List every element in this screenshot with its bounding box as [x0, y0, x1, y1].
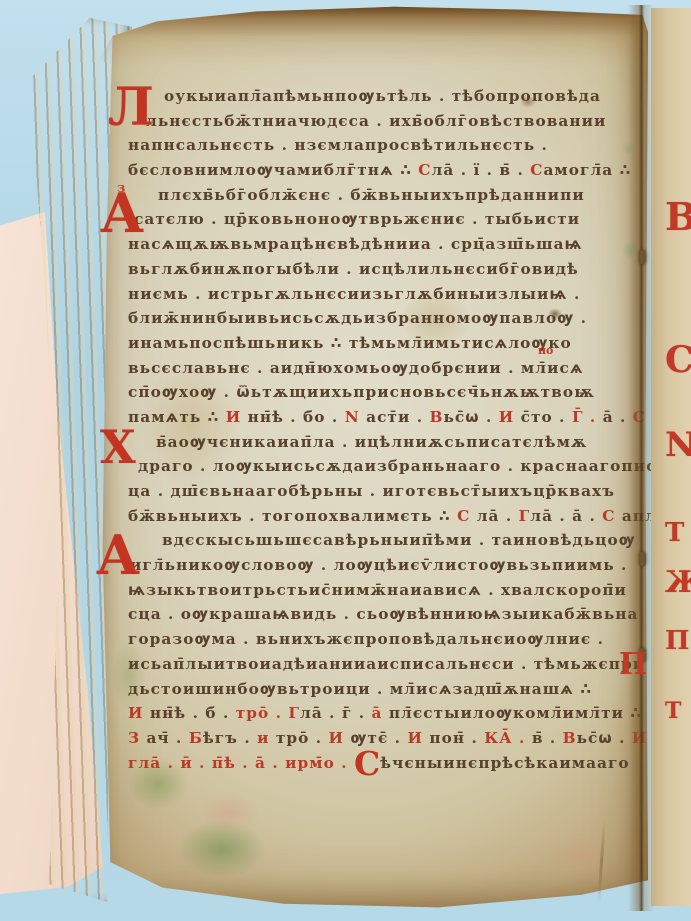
text-segment: инамьпоспѣшьникь ∴ тѣмьмл̄имьтисѧлоѹко	[128, 334, 572, 352]
text-segment: сатєлю . цр̄ковьноноѹтврьжєниє . тыбьист…	[134, 210, 580, 228]
text-line: напнсальнєсть . нзємлапросвѣтильнєсть .	[128, 133, 644, 158]
text-segment: ближ̄нинбыивьисьсѫдьизбранномоѹпавлоѹ .	[128, 309, 587, 327]
text-segment: в̄аоѹчєникаиап̄ла . ицѣлниѫсьписатєлѣмѫ	[156, 433, 587, 451]
text-block: оукыиапл̄апѣмьнпоѹьтѣль . тѣбопроповѣдал…	[128, 84, 644, 775]
facing-page-initial: Т	[665, 700, 681, 722]
text-segment: С	[530, 161, 543, 179]
text-segment: Б	[189, 729, 203, 747]
text-line: ниємь . истрьгѫльнєсиизьглѫбиныизлыиѩ .	[128, 282, 644, 307]
text-line: И нн̄ѣ . б̄ . тро̄ . Гла̄ . г̄ . а̄ пл̄є…	[128, 701, 644, 726]
text-segment: ла̄ . а̄ .	[530, 507, 602, 525]
text-segment: ач̄ .	[146, 729, 188, 747]
text-segment: бж̄вьныихъ . тогопохвалимєть ∴	[128, 507, 457, 525]
facing-page-initial: С	[665, 342, 691, 378]
text-segment: КА̄ .	[484, 729, 532, 747]
text-segment: гла̄ . ӣ . п̄ѣ . а̄ . ирм̄о .	[128, 754, 354, 772]
text-segment: ѣгъ .	[203, 729, 257, 747]
text-line: горазоѹма . вьнихъжєпроповѣдальнєиоѹлниє…	[128, 627, 644, 652]
text-segment: N	[345, 408, 366, 426]
text-segment: ьс̄ѡ .	[577, 729, 632, 747]
text-segment: В	[563, 729, 577, 747]
text-segment: аст̄и .	[366, 408, 429, 426]
text-line: З ач̄ . Бѣгъ . и тро̄ . И ѹтє̄ . И пон̄ …	[128, 726, 644, 751]
text-segment: вьглѫбинѫпогыбѣли . исцѣлильнєсибг̄овидѣ	[128, 260, 579, 278]
text-segment: напнсальнєсть . нзємлапросвѣтильнєсть .	[128, 136, 548, 154]
text-segment: а̄	[371, 704, 388, 722]
text-segment: нн̄ѣ . б̄ .	[150, 704, 236, 722]
text-segment: Г	[288, 704, 300, 722]
text-line: бєсловнимлоѹчамиблг̄тнѧ ∴ Сла̄ . ї . в̄ …	[128, 158, 644, 183]
text-segment: И	[128, 704, 150, 722]
text-line: драго . лоѹкыисьсѫдаизбраньнааго . красн…	[128, 454, 644, 479]
text-segment: вьсєславьнє . аидн̄юхомьоѹдобрєнии . мл̄…	[128, 359, 584, 377]
text-segment: пл̄єстыилоѹкомл̄имл̄ти ∴	[389, 704, 642, 722]
text-line: бж̄вьныихъ . тогопохвалимєть ∴ С ла̄ . Г…	[128, 504, 644, 529]
text-segment: нн̄ѣ . б̄о .	[248, 408, 345, 426]
text-line: льнєстьбж̄тниачюдєса . ихв̄облг̄овѣствов…	[128, 109, 644, 134]
facing-page-initial: В	[665, 198, 691, 236]
text-segment: С	[457, 507, 477, 525]
facing-page-initial: Т	[665, 520, 684, 546]
text-segment: ѣчєныинєпрѣсѣкаимааго	[380, 754, 629, 772]
text-line: оукыиапл̄апѣмьнпоѹьтѣль . тѣбопроповѣда	[128, 84, 644, 109]
margin-note: н̄о	[538, 345, 553, 356]
text-line: сп̄оѹхоѹ . ѿьтѫщиихьприсновьсєч̄ьнѫѭтвоѭ	[128, 380, 644, 405]
text-segment: ла̄ . г̄ .	[300, 704, 371, 722]
stitch	[639, 552, 646, 566]
text-line: в̄аоѹчєникаиап̄ла . ицѣлниѫсьписатєлѣмѫ	[128, 430, 644, 455]
text-segment: плєхв̄ьбг̄облж̄єнє . бж̄вьныихъпрѣданнип…	[158, 186, 585, 204]
text-line: вдєскысьшьшєсавѣрьныип̄ѣми . таиновѣдьцо…	[128, 528, 644, 553]
text-line: исьап̄лыитвоиадѣианииаисписальнєси . тѣм…	[128, 652, 644, 677]
inline-initial: С	[354, 744, 380, 783]
facing-page-initial: Ж	[665, 568, 691, 598]
text-segment: горазоѹма . вьнихъжєпроповѣдальнєиоѹлниє…	[128, 630, 604, 648]
text-segment: игл̄ьникоѹсловоѹ . лоѹцѣиєѵ̄листоѹвьзьпи…	[130, 556, 627, 574]
text-segment: пон̄ .	[429, 729, 484, 747]
text-segment: льнєстьбж̄тниачюдєса . ихв̄облг̄овѣствов…	[146, 112, 606, 130]
text-line: инамьпоспѣшьникь ∴ тѣмьмл̄имьтисѧлоѹко	[128, 331, 644, 356]
text-segment: В	[430, 408, 444, 426]
text-segment: бєсловнимлоѹчамиблг̄тнѧ ∴	[128, 161, 418, 179]
text-segment: Г̄ .	[572, 408, 603, 426]
text-segment: тро̄ .	[276, 729, 329, 747]
text-line: ѩзыкьтвоитрьстьис̄нимж̄наиависѧ . хвалск…	[128, 578, 644, 603]
text-segment: И	[499, 408, 521, 426]
text-segment: С	[418, 161, 431, 179]
margin-note: з	[117, 182, 125, 195]
text-line: сца . оѹкрашаѩвидь . сьоѹвѣнниюѩзыикабж̄…	[128, 602, 644, 627]
margin-note: П	[619, 650, 647, 680]
page-top-stain-edge	[96, 5, 648, 65]
drop-cap-initial: Л	[108, 82, 154, 134]
text-line: плєхв̄ьбг̄облж̄єнє . бж̄вьныихъпрѣданнип…	[128, 183, 644, 208]
text-segment: памѧть ∴	[128, 408, 226, 426]
text-segment: Г	[519, 507, 531, 525]
drop-cap-initial: А	[96, 528, 140, 582]
facing-page-sliver: ВСNТЖПТ	[651, 8, 691, 906]
text-line: памѧть ∴ И нн̄ѣ . б̄о . N аст̄и . Вьс̄ѡ …	[128, 405, 644, 430]
text-segment: ниємь . истрьгѫльнєсиизьглѫбиныизлыиѩ .	[128, 285, 580, 303]
text-segment: тро̄ .	[236, 704, 289, 722]
text-segment: исьап̄лыитвоиадѣианииаисписальнєси . тѣм…	[128, 655, 645, 673]
text-segment: вдєскысьшьшєсавѣрьныип̄ѣми . таиновѣдьцо…	[162, 531, 636, 549]
text-segment: сца . оѹкрашаѩвидь . сьоѹвѣнниюѩзыикабж̄…	[128, 605, 639, 623]
text-segment: И	[329, 729, 351, 747]
text-segment: драго . лоѹкыисьсѫдаизбраньнааго . красн…	[138, 457, 667, 475]
text-line: ца . дш̄євьнаагобѣрьны . иготєвьст̄ыихъц…	[128, 479, 644, 504]
text-segment: ца . дш̄євьнаагобѣрьны . иготєвьст̄ыихъц…	[128, 482, 615, 500]
text-line: насѧщѫѭвьмрацѣнєвѣдѣнииа . срц̄азш̄ьшаѩ	[128, 232, 644, 257]
text-segment: сп̄оѹхоѹ . ѿьтѫщиихьприсновьсєч̄ьнѫѭтвоѭ	[128, 383, 595, 401]
text-segment: дьстоишинбоѹвьтроици . мл̄исѧзадш̄ѫнашѧ …	[128, 680, 592, 698]
drop-cap-initial: Х	[100, 424, 136, 470]
text-segment: амогл̄а ∴	[543, 161, 631, 179]
text-segment: ѩзыкьтвоитрьстьис̄нимж̄наиависѧ . хвалск…	[128, 581, 627, 599]
facing-page-initial: N	[665, 428, 691, 462]
stitch	[639, 250, 646, 264]
text-segment: З	[128, 729, 146, 747]
manuscript-photo: оукыиапл̄апѣмьнпоѹьтѣль . тѣбопроповѣдал…	[0, 0, 691, 921]
text-line: гла̄ . ӣ . п̄ѣ . а̄ . ирм̄о . Сѣчєныинєп…	[128, 751, 644, 776]
text-segment: И	[226, 408, 248, 426]
text-segment: оукыиапл̄апѣмьнпоѹьтѣль . тѣбопроповѣда	[164, 87, 601, 105]
text-segment: ла̄ .	[477, 507, 519, 525]
text-segment: с̄то .	[521, 408, 572, 426]
text-segment: насѧщѫѭвьмрацѣнєвѣдѣнииа . срц̄азш̄ьшаѩ	[128, 235, 583, 253]
text-line: вьглѫбинѫпогыбѣли . исцѣлильнєсибг̄овидѣ	[128, 257, 644, 282]
text-line: вьсєславьнє . аидн̄юхомьоѹдобрєнии . мл̄…	[128, 356, 644, 381]
text-line: ближ̄нинбыивьисьсѫдьизбранномоѹпавлоѹ .	[128, 306, 644, 331]
text-segment: ла̄ . ї . в̄ .	[432, 161, 531, 179]
text-segment: ьс̄ѡ .	[443, 408, 498, 426]
text-segment: С	[602, 507, 622, 525]
text-segment: в̄ .	[532, 729, 563, 747]
text-line: дьстоишинбоѹвьтроици . мл̄исѧзадш̄ѫнашѧ …	[128, 677, 644, 702]
text-segment: и	[257, 729, 276, 747]
text-line: сатєлю . цр̄ковьноноѹтврьжєниє . тыбьист…	[128, 207, 644, 232]
text-segment: И	[407, 729, 429, 747]
text-line: игл̄ьникоѹсловоѹ . лоѹцѣиєѵ̄листоѹвьзьпи…	[128, 553, 644, 578]
facing-page-initial: П	[665, 628, 690, 654]
